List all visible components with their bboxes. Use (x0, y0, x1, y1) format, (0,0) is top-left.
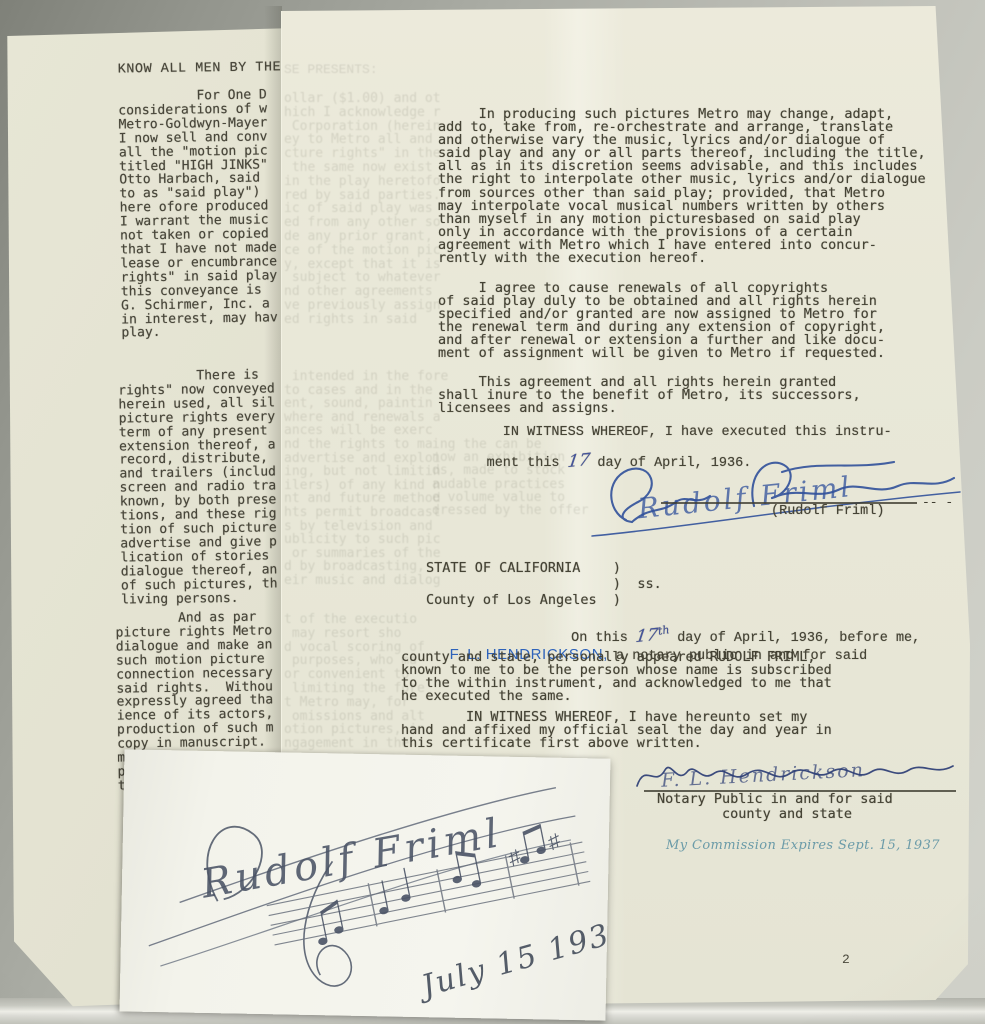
ghost-text-a: ollar ($1.00) and ot hich I acknowledge … (284, 92, 441, 327)
ghost-heading: SE PRESENTS: (284, 63, 378, 77)
bar-line (570, 842, 579, 885)
document-heading: KNOW ALL MEN BY THE (118, 60, 282, 77)
right-column-paragraph-3: This agreement and all rights herein gra… (438, 376, 861, 415)
card-artwork: Rudolf Friml (120, 749, 611, 1020)
friml-signature-autograph: Rudolf Friml (586, 442, 966, 542)
bar-line (368, 883, 377, 926)
venue-block: STATE OF CALIFORNIA ) ) ss. County of Lo… (426, 561, 662, 608)
card-date-text: July 15 1932 (412, 912, 610, 1006)
autograph-card: Rudolf Friml (120, 749, 611, 1020)
commission-expiry-stamp: My Commission Expires Sept. 15, 1937 (666, 838, 940, 853)
bar-line (437, 869, 446, 912)
signature-name-text: F. L. Hendrickson (660, 759, 866, 792)
signature-typed-name: (Rudolf Friml) (771, 505, 884, 518)
photo-backdrop: KNOW ALL MEN BY THE For One D considerat… (0, 0, 985, 1024)
left-column-paragraph-1: For One D considerations of w Metro-Gold… (118, 88, 278, 340)
signature-rule-dashes: -- - (922, 495, 953, 510)
ack-paragraph: county and state, personally appeared RU… (401, 651, 832, 703)
ghost-text-b: intended in the fore to cases and in the… (284, 370, 448, 588)
left-column-paragraph-2: There is rights" now conveyed herein use… (118, 368, 278, 607)
card-signature-text: Rudolf Friml (197, 810, 506, 908)
right-column-paragraph-1: In producing such pictures Metro may cha… (438, 108, 926, 265)
notary-witness-paragraph: IN WITNESS WHEREOF, I have hereunto set … (401, 711, 832, 750)
witness-clause-line-1: IN WITNESS WHEREOF, I have executed this… (438, 426, 892, 439)
page-number: 2 (842, 952, 850, 967)
right-column-paragraph-2: I agree to cause renewals of all copyrig… (438, 282, 885, 361)
notary-title: Notary Public in and for said county and… (657, 792, 893, 822)
